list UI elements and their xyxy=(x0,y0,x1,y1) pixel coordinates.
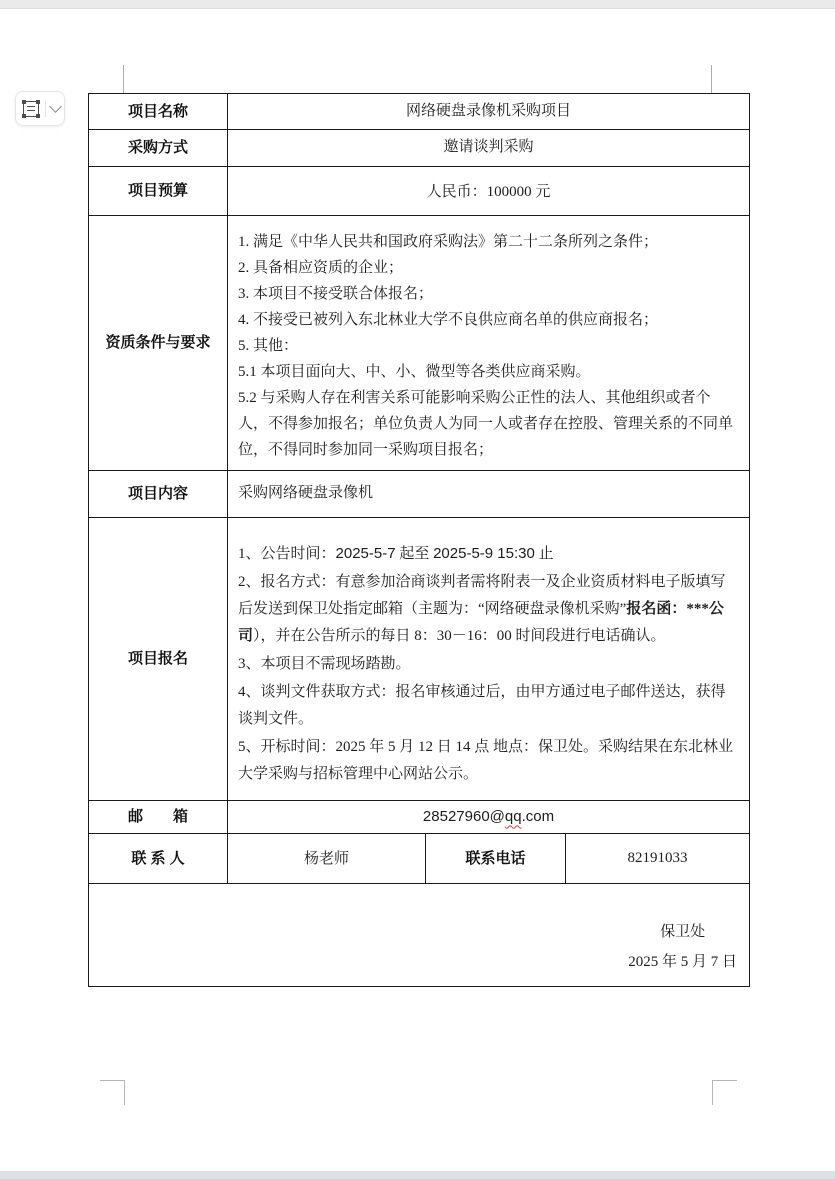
window-chrome-bottom xyxy=(0,1171,835,1179)
table-row: 联 系 人 杨老师 联系电话 82191033 xyxy=(89,834,750,884)
registration-item-4: 4、谈判文件获取方式：报名审核通过后，由甲方通过电子邮件送达，获得谈判文件。 xyxy=(238,679,737,733)
signature-date: 2025 年 5 月 7 日 xyxy=(628,947,737,977)
qualification-line: 2. 具备相应资质的企业； xyxy=(238,255,739,281)
qualification-line: 3. 本项目不接受联合体报名； xyxy=(238,281,739,307)
qualification-label: 资质条件与要求 xyxy=(89,216,228,471)
project-name-label: 项目名称 xyxy=(89,94,228,130)
qualification-line: 4. 不接受已被列入东北林业大学不良供应商名单的供应商报名； xyxy=(238,307,739,333)
qualification-line: 5.1 本项目面向大、中、小、微型等各类供应商采购。 xyxy=(238,359,739,385)
budget-label: 项目预算 xyxy=(89,167,228,216)
phone-value: 82191033 xyxy=(566,834,750,884)
margin-mark-top-right xyxy=(711,65,712,93)
registration-item-2: 2、报名方式：有意参加洽商谈判者需将附表一及企业资质材料电子版填写后发送到保卫处… xyxy=(238,569,737,650)
signature-org: 保卫处 xyxy=(628,917,737,947)
table-row: 采购方式 邀请谈判采购 xyxy=(89,130,750,167)
email-label: 邮 箱 xyxy=(89,801,228,834)
window-chrome-top xyxy=(0,0,835,9)
chevron-down-icon[interactable] xyxy=(49,100,62,113)
button-divider xyxy=(45,101,46,117)
procurement-method-label: 采购方式 xyxy=(89,130,228,167)
content-value: 采购网络硬盘录像机 xyxy=(228,471,750,518)
announce-end-date: 2025-5-9 15:30 xyxy=(433,545,535,562)
budget-value: 人民币：100000 元 xyxy=(228,167,750,216)
qualification-line: 1. 满足《中华人民共和国政府采购法》第二十二条所列之条件； xyxy=(238,229,739,255)
table-row: 资质条件与要求 1. 满足《中华人民共和国政府采购法》第二十二条所列之条件； 2… xyxy=(89,216,750,471)
margin-mark-bottom-left xyxy=(100,1080,125,1105)
procurement-table: 项目名称 网络硬盘录像机采购项目 采购方式 邀请谈判采购 项目预算 人民币：10… xyxy=(88,93,750,987)
project-name-value: 网络硬盘录像机采购项目 xyxy=(228,94,750,130)
table-tool-button[interactable] xyxy=(15,91,65,126)
table-row: 邮 箱 28527960@qq.com xyxy=(89,801,750,834)
registration-label: 项目报名 xyxy=(89,518,228,801)
qualification-line: 5.2 与采购人存在利害关系可能影响采购公正性的法人、其他组织或者个人，不得参加… xyxy=(238,385,739,463)
table-select-icon xyxy=(22,100,40,118)
margin-mark-bottom-right xyxy=(712,1080,737,1105)
table-row: 保卫处 2025 年 5 月 7 日 xyxy=(89,884,750,987)
table-row: 项目报名 1、公告时间：2025-5-7 起至 2025-5-9 15:30 止… xyxy=(89,518,750,801)
content-label: 项目内容 xyxy=(89,471,228,518)
table-row: 项目预算 人民币：100000 元 xyxy=(89,167,750,216)
registration-item-3: 3、本项目不需现场踏勘。 xyxy=(238,651,737,678)
contact-label: 联 系 人 xyxy=(89,834,228,884)
registration-item-1: 1、公告时间：2025-5-7 起至 2025-5-9 15:30 止 xyxy=(238,540,737,568)
announce-start-date: 2025-5-7 xyxy=(336,545,396,562)
table-row: 项目名称 网络硬盘录像机采购项目 xyxy=(89,94,750,130)
qualification-value: 1. 满足《中华人民共和国政府采购法》第二十二条所列之条件； 2. 具备相应资质… xyxy=(228,216,750,471)
table-row: 项目内容 采购网络硬盘录像机 xyxy=(89,471,750,518)
contact-name-value: 杨老师 xyxy=(228,834,426,884)
registration-item-5: 5、开标时间：2025 年 5 月 12 日 14 点 地点：保卫处。采购结果在… xyxy=(238,734,737,788)
spellcheck-flagged-text: qq xyxy=(505,808,522,825)
procurement-method-value: 邀请谈判采购 xyxy=(228,130,750,167)
phone-label: 联系电话 xyxy=(426,834,566,884)
email-value: 28527960@qq.com xyxy=(228,801,750,834)
registration-value: 1、公告时间：2025-5-7 起至 2025-5-9 15:30 止 2、报名… xyxy=(228,518,750,801)
qualification-line: 5. 其他： xyxy=(238,333,739,359)
signature-cell: 保卫处 2025 年 5 月 7 日 xyxy=(89,884,750,987)
margin-mark-top-left xyxy=(123,65,124,93)
